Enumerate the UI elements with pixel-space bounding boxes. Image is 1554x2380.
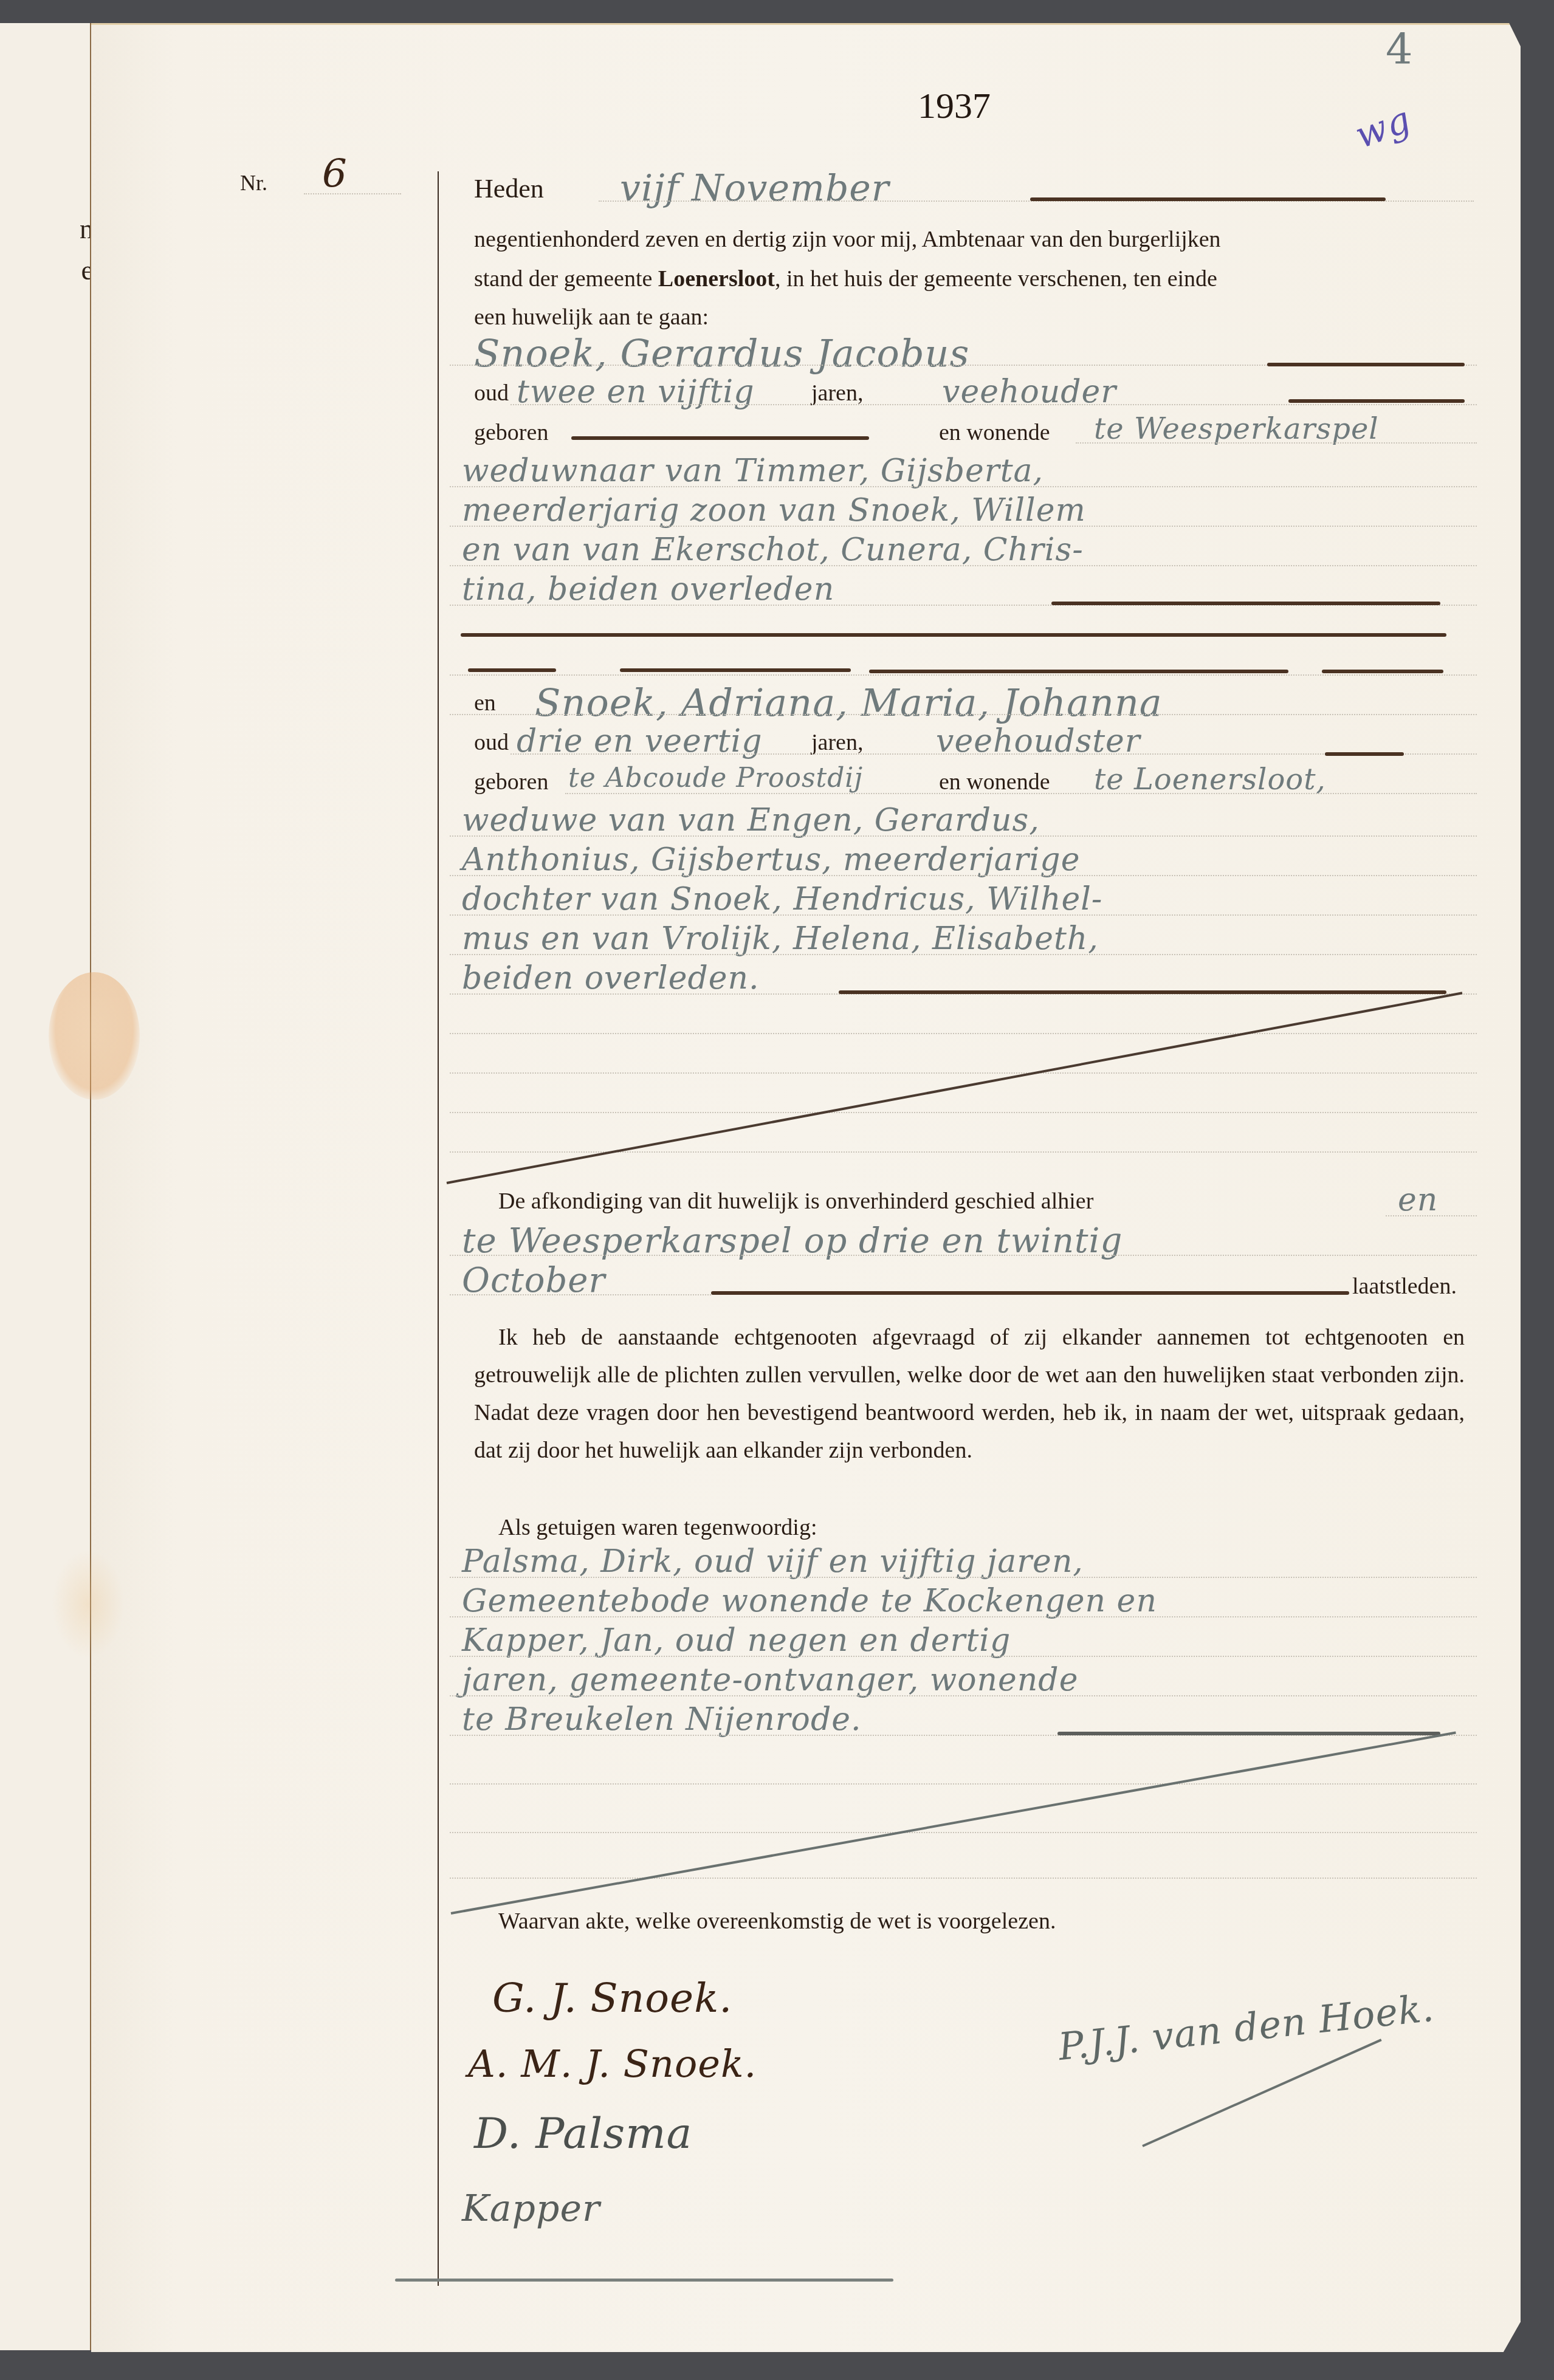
fill-bar xyxy=(620,668,851,672)
dotted-line xyxy=(450,1878,1477,1879)
dotted-line xyxy=(450,1112,1477,1113)
water-stain xyxy=(52,1549,125,1659)
bride-wonende-label: en wonende xyxy=(939,769,1050,795)
dotted-line xyxy=(450,565,1477,566)
signature-underline xyxy=(395,2279,893,2282)
bride-name: Snoek, Adriana, Maria, Johanna xyxy=(535,681,1163,725)
closing-text: Waarvan akte, welke overeenkomstig de we… xyxy=(498,1908,1056,1935)
dotted-line xyxy=(450,486,1477,487)
dotted-line xyxy=(450,1294,711,1295)
fill-bar xyxy=(869,670,1288,673)
bride-detail-line: dochter van Snoek, Hendricus, Wilhel- xyxy=(462,881,1102,917)
witness-line: Kapper, Jan, oud negen en dertig xyxy=(462,1622,1011,1659)
fill-bar xyxy=(1051,602,1440,605)
declaration-paragraph: Ik heb de aanstaande echtgenooten afgevr… xyxy=(474,1319,1465,1469)
proclamation-suffix: laatstleden. xyxy=(1352,1273,1457,1300)
groom-detail-line: tina, beiden overleden xyxy=(462,571,834,608)
dotted-line xyxy=(450,526,1477,527)
bride-detail-line: beiden overleden. xyxy=(462,960,760,996)
witness-line: Gemeentebode wonende te Kockengen en xyxy=(462,1583,1157,1619)
dotted-line xyxy=(1386,1215,1477,1216)
bride-detail-line: weduwe van van Engen, Gerardus, xyxy=(462,802,1040,838)
groom-detail-line: meerderjarig zoon van Snoek, Willem xyxy=(462,492,1086,529)
margin-rule xyxy=(438,171,439,2286)
fill-bar xyxy=(1030,197,1386,201)
dotted-line xyxy=(450,1255,1477,1256)
dotted-line xyxy=(450,914,1477,916)
dotted-line xyxy=(450,875,1477,876)
fill-bar xyxy=(1325,752,1404,756)
intro-line-2: stand der gemeente Loenersloot, in het h… xyxy=(474,266,1217,292)
dotted-line xyxy=(450,714,1477,715)
page-fold-line xyxy=(90,23,91,2350)
dotted-line xyxy=(450,674,1477,676)
signature-groom: G. J. Snoek. xyxy=(492,1975,732,2022)
groom-oud-label: oud xyxy=(474,380,509,406)
dotted-line xyxy=(450,954,1477,955)
dotted-line xyxy=(450,1832,1477,1833)
municipality-name: Loenersloot xyxy=(658,266,775,292)
record-year: 1937 xyxy=(918,85,991,127)
fill-bar xyxy=(1322,670,1443,673)
proclamation-text: De afkondiging van dit huwelijk is onver… xyxy=(498,1188,1093,1215)
fill-bar xyxy=(839,990,1446,994)
dotted-line xyxy=(304,193,401,194)
proclamation-hand-1: en xyxy=(1398,1182,1438,1218)
dotted-line xyxy=(565,793,1477,794)
fill-bar xyxy=(571,436,869,440)
bride-detail-line: mus en van Vrolijk, Helena, Elisabeth, xyxy=(462,921,1099,957)
groom-name: Snoek, Gerardus Jacobus xyxy=(474,331,969,376)
fill-bar xyxy=(1288,399,1465,403)
dotted-line xyxy=(450,835,1477,837)
dotted-line xyxy=(450,1577,1477,1578)
fill-bar xyxy=(461,633,1446,637)
groom-detail-line: en van van Ekerschot, Cunera, Chris- xyxy=(462,532,1084,568)
bride-geboren-label: geboren xyxy=(474,769,548,795)
page-number: 4 xyxy=(1386,24,1414,74)
record-number: 6 xyxy=(322,152,348,197)
groom-jaren-label: jaren, xyxy=(811,380,863,406)
record-number-label: Nr. xyxy=(240,170,267,196)
groom-residence: te Weesperkarspel xyxy=(1094,412,1379,446)
signature-bride: A. M. J. Snoek. xyxy=(468,2042,757,2086)
fill-bar xyxy=(711,1291,1349,1295)
dotted-line xyxy=(450,1783,1477,1785)
groom-wonende-label: en wonende xyxy=(939,419,1050,446)
groom-geboren-label: geboren xyxy=(474,419,548,446)
witnesses-label: Als getuigen waren tegenwoordig: xyxy=(498,1514,817,1541)
fill-bar xyxy=(468,668,556,672)
dotted-line xyxy=(511,404,1477,405)
facing-page: n e xyxy=(0,23,91,2350)
bride-detail-line: Anthonius, Gijsbertus, meerderjarige xyxy=(462,842,1080,878)
witness-line: jaren, gemeente-ontvanger, wonende xyxy=(462,1662,1078,1698)
witness-line: Palsma, Dirk, oud vijf en vijftig jaren, xyxy=(462,1543,1084,1580)
heden-label: Heden xyxy=(474,173,544,204)
bride-oud-label: oud xyxy=(474,729,509,756)
dotted-line xyxy=(450,1616,1477,1617)
groom-detail-line: weduwnaar van Timmer, Gijsberta, xyxy=(462,453,1043,489)
dotted-line xyxy=(450,1656,1477,1657)
witness-line: te Breukelen Nijenrode. xyxy=(462,1701,862,1738)
bride-residence: te Loenersloot, xyxy=(1094,763,1326,797)
bride-birthplace: te Abcoude Proostdij xyxy=(568,763,863,794)
dotted-line xyxy=(1076,442,1477,444)
fill-bar xyxy=(1267,363,1465,366)
dotted-line xyxy=(450,1695,1477,1696)
dotted-line xyxy=(450,1072,1477,1074)
bride-en-label: en xyxy=(474,690,496,716)
water-stain xyxy=(49,972,140,1100)
bride-jaren-label: jaren, xyxy=(811,729,863,756)
dotted-line xyxy=(450,1033,1477,1034)
intro-line-3: een huwelijk aan te gaan: xyxy=(474,304,709,331)
fill-bar xyxy=(1057,1732,1440,1735)
signature-witness-1: D. Palsma xyxy=(474,2108,692,2158)
intro-line-1: negentienhonderd zeven en dertig zijn vo… xyxy=(474,226,1221,253)
date-handwritten: vijf November xyxy=(620,167,890,210)
signature-witness-2: Kapper xyxy=(462,2187,600,2230)
